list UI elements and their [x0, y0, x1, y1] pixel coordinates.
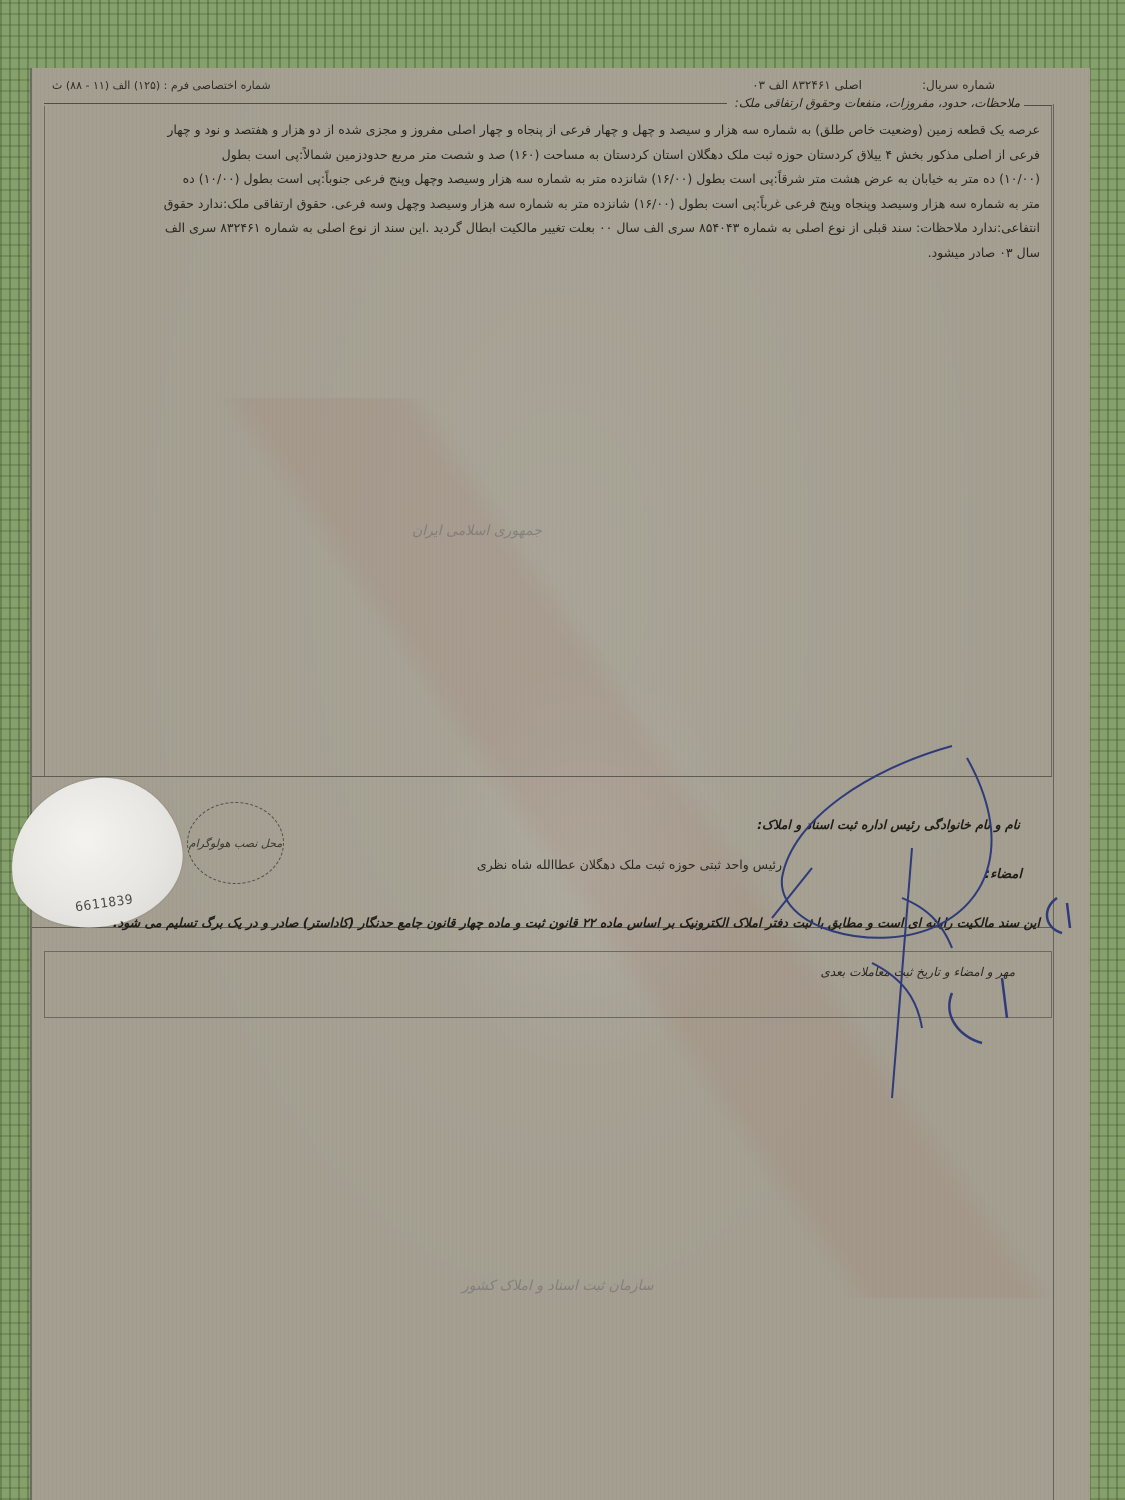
- faint-watermark-text: سازمان ثبت اسناد و املاک کشور: [462, 1278, 653, 1294]
- hologram-placeholder: محل نصب هولوگرام: [187, 802, 284, 884]
- serial-label: شماره سریال:: [922, 78, 995, 92]
- body-line: فرعی از اصلی مذکور بخش ۴ ییلاق کردستان ح…: [54, 143, 1040, 168]
- frame-line: [1053, 104, 1054, 1500]
- hologram-serial: 6611839: [74, 892, 134, 915]
- body-line: (۱۰/۰۰) ده متر به خیابان به عرض هشت متر …: [54, 167, 1040, 192]
- deed-page: شماره سریال: اصلی ۸۳۲۴۶۱ الف ۰۳ شماره اخ…: [30, 68, 1090, 1500]
- body-line: عرصه یک قطعه زمین (وضعیت خاص طلق) به شما…: [54, 118, 1040, 143]
- registrar-name: رئیس واحد ثبتی حوزه ثبت ملک دهگلان عطاال…: [477, 857, 782, 872]
- property-description: عرصه یک قطعه زمین (وضعیت خاص طلق) به شما…: [54, 118, 1040, 265]
- body-line: انتفاعی:ندارد ملاحظات: سند قبلی از نوع ا…: [54, 216, 1040, 241]
- subsequent-transactions-label: مهر و امضاء و تاریخ ثبت معاملات بعدی: [820, 965, 1015, 979]
- signature-section: نام و نام خانوادگی رئیس اداره ثبت اسناد …: [32, 776, 1052, 928]
- hologram-sticker: 6611839: [1, 768, 192, 938]
- body-line: متر به شماره سه هزار وسیصد وپنجاه وپنج ف…: [54, 192, 1040, 217]
- subsequent-transactions-box: [44, 951, 1052, 1018]
- certification-statement: این سند مالکیت رایانه ای است و مطابق با …: [232, 915, 1040, 930]
- registrar-name-label: نام و نام خانوادگی رئیس اداره ثبت اسناد …: [757, 817, 1020, 832]
- signature-label: امضاء:: [985, 867, 1022, 882]
- title-rule: [44, 103, 727, 104]
- serial-value: اصلی ۸۳۲۴۶۱ الف ۰۳: [752, 78, 862, 92]
- body-line: سال ۰۳ صادر میشود.: [54, 241, 1040, 266]
- faint-watermark-text: جمهوری اسلامی ایران: [412, 523, 542, 539]
- form-number: شماره اختصاصی فرم : (۱۲۵) الف (۱۱ - ۸۸) …: [52, 79, 271, 92]
